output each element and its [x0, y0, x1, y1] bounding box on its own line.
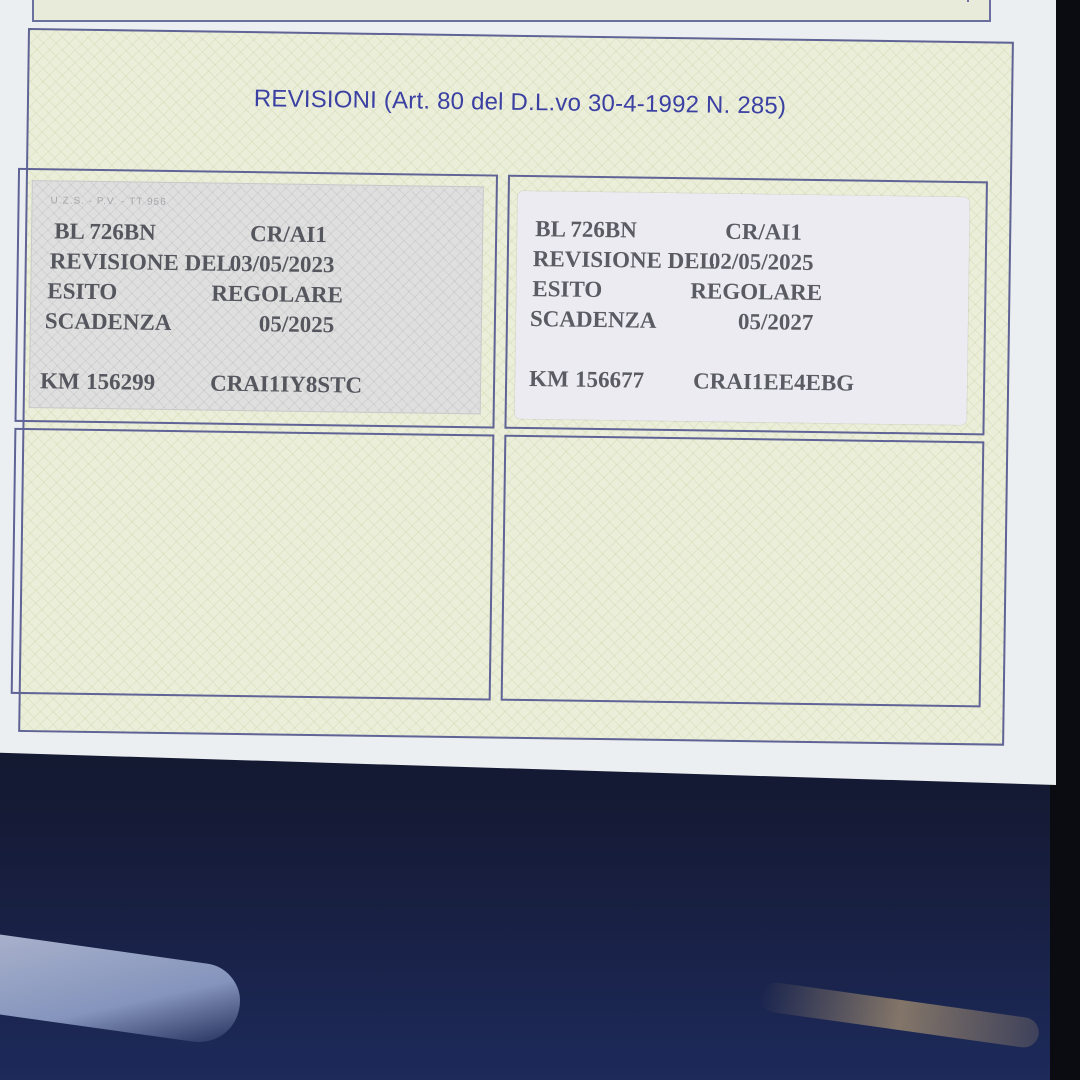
car-reflection-warm	[759, 981, 1040, 1050]
km-label: KM	[40, 365, 80, 397]
inspection-cell-1: U.Z.S. - P.V. - TT 956 BL 726BN CR/AI1 R…	[14, 168, 497, 429]
outcome: REGOLARE	[690, 275, 822, 308]
plate: BL 726BN	[54, 215, 156, 247]
expiry-label: SCADENZA	[45, 305, 172, 338]
revision-label: REVISIONE DEL	[533, 243, 716, 277]
revisions-section: REVISIONI (Art. 80 del D.L.vo 30-4-1992 …	[18, 28, 1014, 746]
outcome-label: ESITO	[532, 273, 602, 305]
expiry: 05/2025	[259, 308, 335, 340]
km-value: 156299	[86, 366, 155, 398]
office-code: CR/AI1	[725, 216, 802, 248]
issuer-mark: U.Z.S. - P.V. - TT 956	[50, 185, 167, 218]
office-code: CR/AI1	[250, 218, 327, 250]
inspection-stamp-2023: U.Z.S. - P.V. - TT 956 BL 726BN CR/AI1 R…	[29, 180, 484, 414]
revision-label: REVISIONE DEL	[50, 245, 233, 279]
inspection-label-2025: BL 726BN CR/AI1 REVISIONE DEL 02/05/2025…	[515, 191, 970, 425]
car-reflection	[0, 932, 240, 1049]
registration-document: REVISIONI (Art. 80 del D.L.vo 30-4-1992 …	[0, 0, 1056, 785]
empty-cell-3	[11, 428, 495, 701]
expiry-label: SCADENZA	[530, 303, 657, 336]
corner-mark	[967, 0, 983, 2]
plate: BL 726BN	[535, 213, 637, 245]
outcome-label: ESITO	[47, 275, 117, 307]
inspection-code: CRAI1IY8STC	[210, 368, 363, 401]
empty-cell-4	[501, 435, 985, 708]
km-label: KM	[529, 363, 569, 395]
revision-date: 02/05/2025	[709, 246, 814, 278]
km-value: 156677	[575, 364, 644, 396]
previous-section-box	[32, 0, 991, 22]
revision-date: 03/05/2023	[230, 248, 335, 280]
inspection-cell-2: BL 726BN CR/AI1 REVISIONE DEL 02/05/2025…	[504, 175, 987, 436]
expiry: 05/2027	[738, 306, 814, 338]
outcome: REGOLARE	[211, 278, 343, 311]
inspection-code: CRAI1EE4EBG	[693, 365, 854, 398]
section-title: REVISIONI (Art. 80 del D.L.vo 30-4-1992 …	[29, 82, 1011, 124]
